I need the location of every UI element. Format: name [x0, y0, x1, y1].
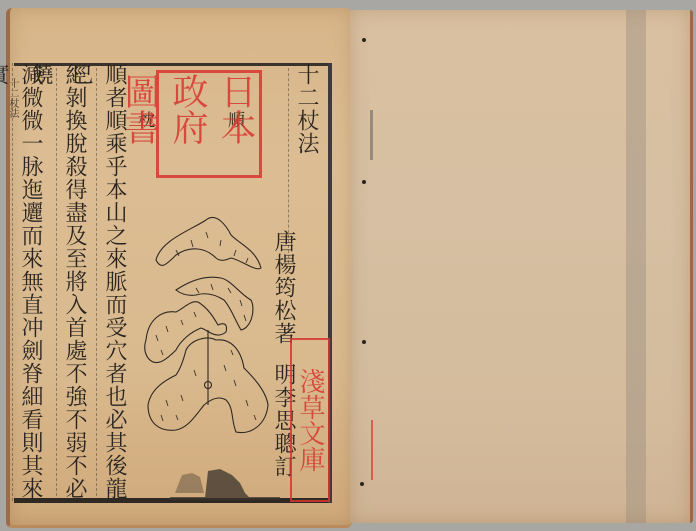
left-page: 十二杖法 唐楊筠松著 明李思聰訂 順者順乘乎本山之來脈而受穴者也必其後龍巳 經剝… — [6, 8, 352, 528]
ownership-seal: 日本政府圖書 — [156, 70, 262, 178]
binding-strip — [626, 10, 646, 523]
woodcut-illustration-icon — [136, 200, 276, 440]
page-crease — [370, 110, 373, 160]
library-seal: 淺草文庫 — [290, 338, 330, 502]
thread-hole-4 — [360, 482, 364, 486]
seal-bleed-line — [371, 420, 373, 480]
text-column-2: 經剝換脫殺得盡及至將入首處不強不弱不必饒 — [56, 63, 91, 501]
thread-hole-1 — [362, 38, 366, 42]
thread-hole-3 — [362, 340, 366, 344]
right-page — [350, 10, 693, 523]
edge-marker: 十二杖法 — [8, 78, 20, 168]
landscape-woodcut-icon — [170, 463, 280, 503]
thread-hole-2 — [362, 180, 366, 184]
